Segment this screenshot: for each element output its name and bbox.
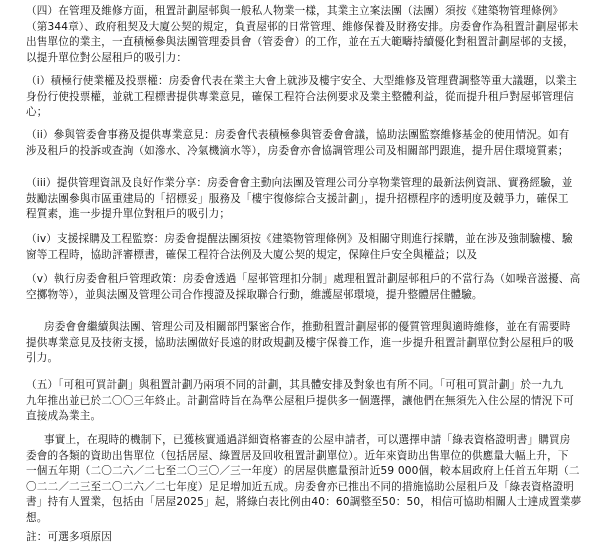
paragraph-item-iv: （iv）支援採購及工程監察：房委會提醒法團須按《建築物管理條例》及相關守則進行採… <box>26 232 574 263</box>
text-line: 空擲物等），並與法團及管理公司合作搜證及採取聯合行動，維護屋邨環境，提升整體居住… <box>26 288 574 304</box>
text-line: 涉及租戶的投訴或查詢（如滲水、冷氣機滴水等），房委會亦會協調管理公司及相關部門跟… <box>26 144 574 160</box>
paragraph-section-4-intro: （四）在管理及維修方面，租置計劃屋邨與一般私人物業一樣，其業主立案法團（法團）須… <box>26 4 574 66</box>
text-line: 鼓勵法團參與市區重建局的「招標妥」服務及「樓宇復修綜合支援計劃」，提升招標程序的… <box>26 192 574 208</box>
text-line: 註：可選多項原因 <box>26 530 574 546</box>
text-line: （四）在管理及維修方面，租置計劃屋邨與一般私人物業一樣，其業主立案法團（法團）須… <box>26 4 574 20</box>
text-line: 直接成為業主。 <box>26 409 574 425</box>
paragraph-section-4-closing: 房委會會繼續與法團、管理公司及相關部門緊密合作，推動租置計劃屋邨的優質管理與適時… <box>26 320 574 367</box>
text-line: 書」持有人置業，包括由「居屋2025」起，將綠白表比例由40：60調整至50：5… <box>26 495 574 511</box>
text-line: （第344章）、政府租契及大廈公契的規定，負責屋邨的日常管理、維修保養及財務安排… <box>26 20 574 36</box>
text-line: （iv）支援採購及工程監察：房委會提醒法團須按《建築物管理條例》及相關守則進行採… <box>26 232 574 248</box>
text-line: （五）「可租可買計劃」與租置計劃乃兩項不同的計劃，其具體安排及對象也有所不同。「… <box>26 378 574 394</box>
paragraph-section-5: （五）「可租可買計劃」與租置計劃乃兩項不同的計劃，其具體安排及對象也有所不同。「… <box>26 378 574 425</box>
text-line: （i）積極行使業權及投票權：房委會代表在業主大會上就涉及樓宇安全、大型維修及管理… <box>26 74 574 90</box>
paragraph-item-i: （i）積極行使業權及投票權：房委會代表在業主大會上就涉及樓宇安全、大型維修及管理… <box>26 74 574 121</box>
text-line: 出售單位的業主，一直積極參與法團管理委員會（管委會）的工作，並在五大範疇持續優化… <box>26 35 574 51</box>
text-line: 程質素，進一步提升單位對租戶的吸引力； <box>26 207 574 223</box>
text-line: 〇二二／二三至二〇二六／二七年度）足足增加近五成。房委會亦已推出不同的措施協助公… <box>26 480 574 496</box>
text-line: 提供專業意見及技術支援，協助法團做好長遠的財政規劃及樓宇保養工作，進一步提升租置… <box>26 336 574 352</box>
text-line: 九年推出並已於二〇〇三年終止。計劃當時旨在為準公屋租戶提供多一個選擇，讓他們在無… <box>26 394 574 410</box>
paragraph-item-iii: （iii）提供管理資訊及良好作業分享：房委會會主動向法團及管理公司分享物業管理的… <box>26 176 574 223</box>
text-line: （iii）提供管理資訊及良好作業分享：房委會會主動向法團及管理公司分享物業管理的… <box>26 176 574 192</box>
text-line: （ii）參與管委會事務及提供專業意見：房委會代表積極參與管委會會議，協助法團監察… <box>26 128 574 144</box>
text-line: 想。 <box>26 511 574 527</box>
text-line: 窗等工程時，協助評審標書，確保工程符合法例及大廈公契的規定，保障住戶安全與權益；… <box>26 248 574 264</box>
document-page: （四）在管理及維修方面，租置計劃屋邨與一般私人物業一樣，其業主立案法團（法團）須… <box>0 0 600 553</box>
text-line: 一個五年期（二〇二六／二七至二〇三〇／三一年度）的居屋供應量預計近59 000個… <box>26 464 574 480</box>
text-line: 身份行使投票權，並就工程標書提供專業意見，確保工程符合法例要求及業主整體利益，從… <box>26 90 574 106</box>
text-line: 委會的各類的資助出售單位（包括居屋、綠置居及回收租置計劃單位）。近年來資助出售單… <box>26 449 574 465</box>
paragraph-section-5-details: 事實上，在現時的機制下，已獲核實通過詳細資格審查的公屋申請者，可以選擇申請「綠表… <box>26 433 574 526</box>
text-line: （v）執行房委會租戶管理政策：房委會透過「屋邨管理扣分制」處理租置計劃屋邨租戶的… <box>26 272 574 288</box>
text-line: 以提升單位對公屋租戶的吸引力： <box>26 51 574 67</box>
text-line: 房委會會繼續與法團、管理公司及相關部門緊密合作，推動租置計劃屋邨的優質管理與適時… <box>26 320 574 336</box>
text-line: 心； <box>26 105 574 121</box>
paragraph-item-v: （v）執行房委會租戶管理政策：房委會透過「屋邨管理扣分制」處理租置計劃屋邨租戶的… <box>26 272 574 303</box>
paragraph-note: 註：可選多項原因 <box>26 530 574 546</box>
text-line: 事實上，在現時的機制下，已獲核實通過詳細資格審查的公屋申請者，可以選擇申請「綠表… <box>26 433 574 449</box>
paragraph-item-ii: （ii）參與管委會事務及提供專業意見：房委會代表積極參與管委會會議，協助法團監察… <box>26 128 574 159</box>
text-line: 引力。 <box>26 351 574 367</box>
